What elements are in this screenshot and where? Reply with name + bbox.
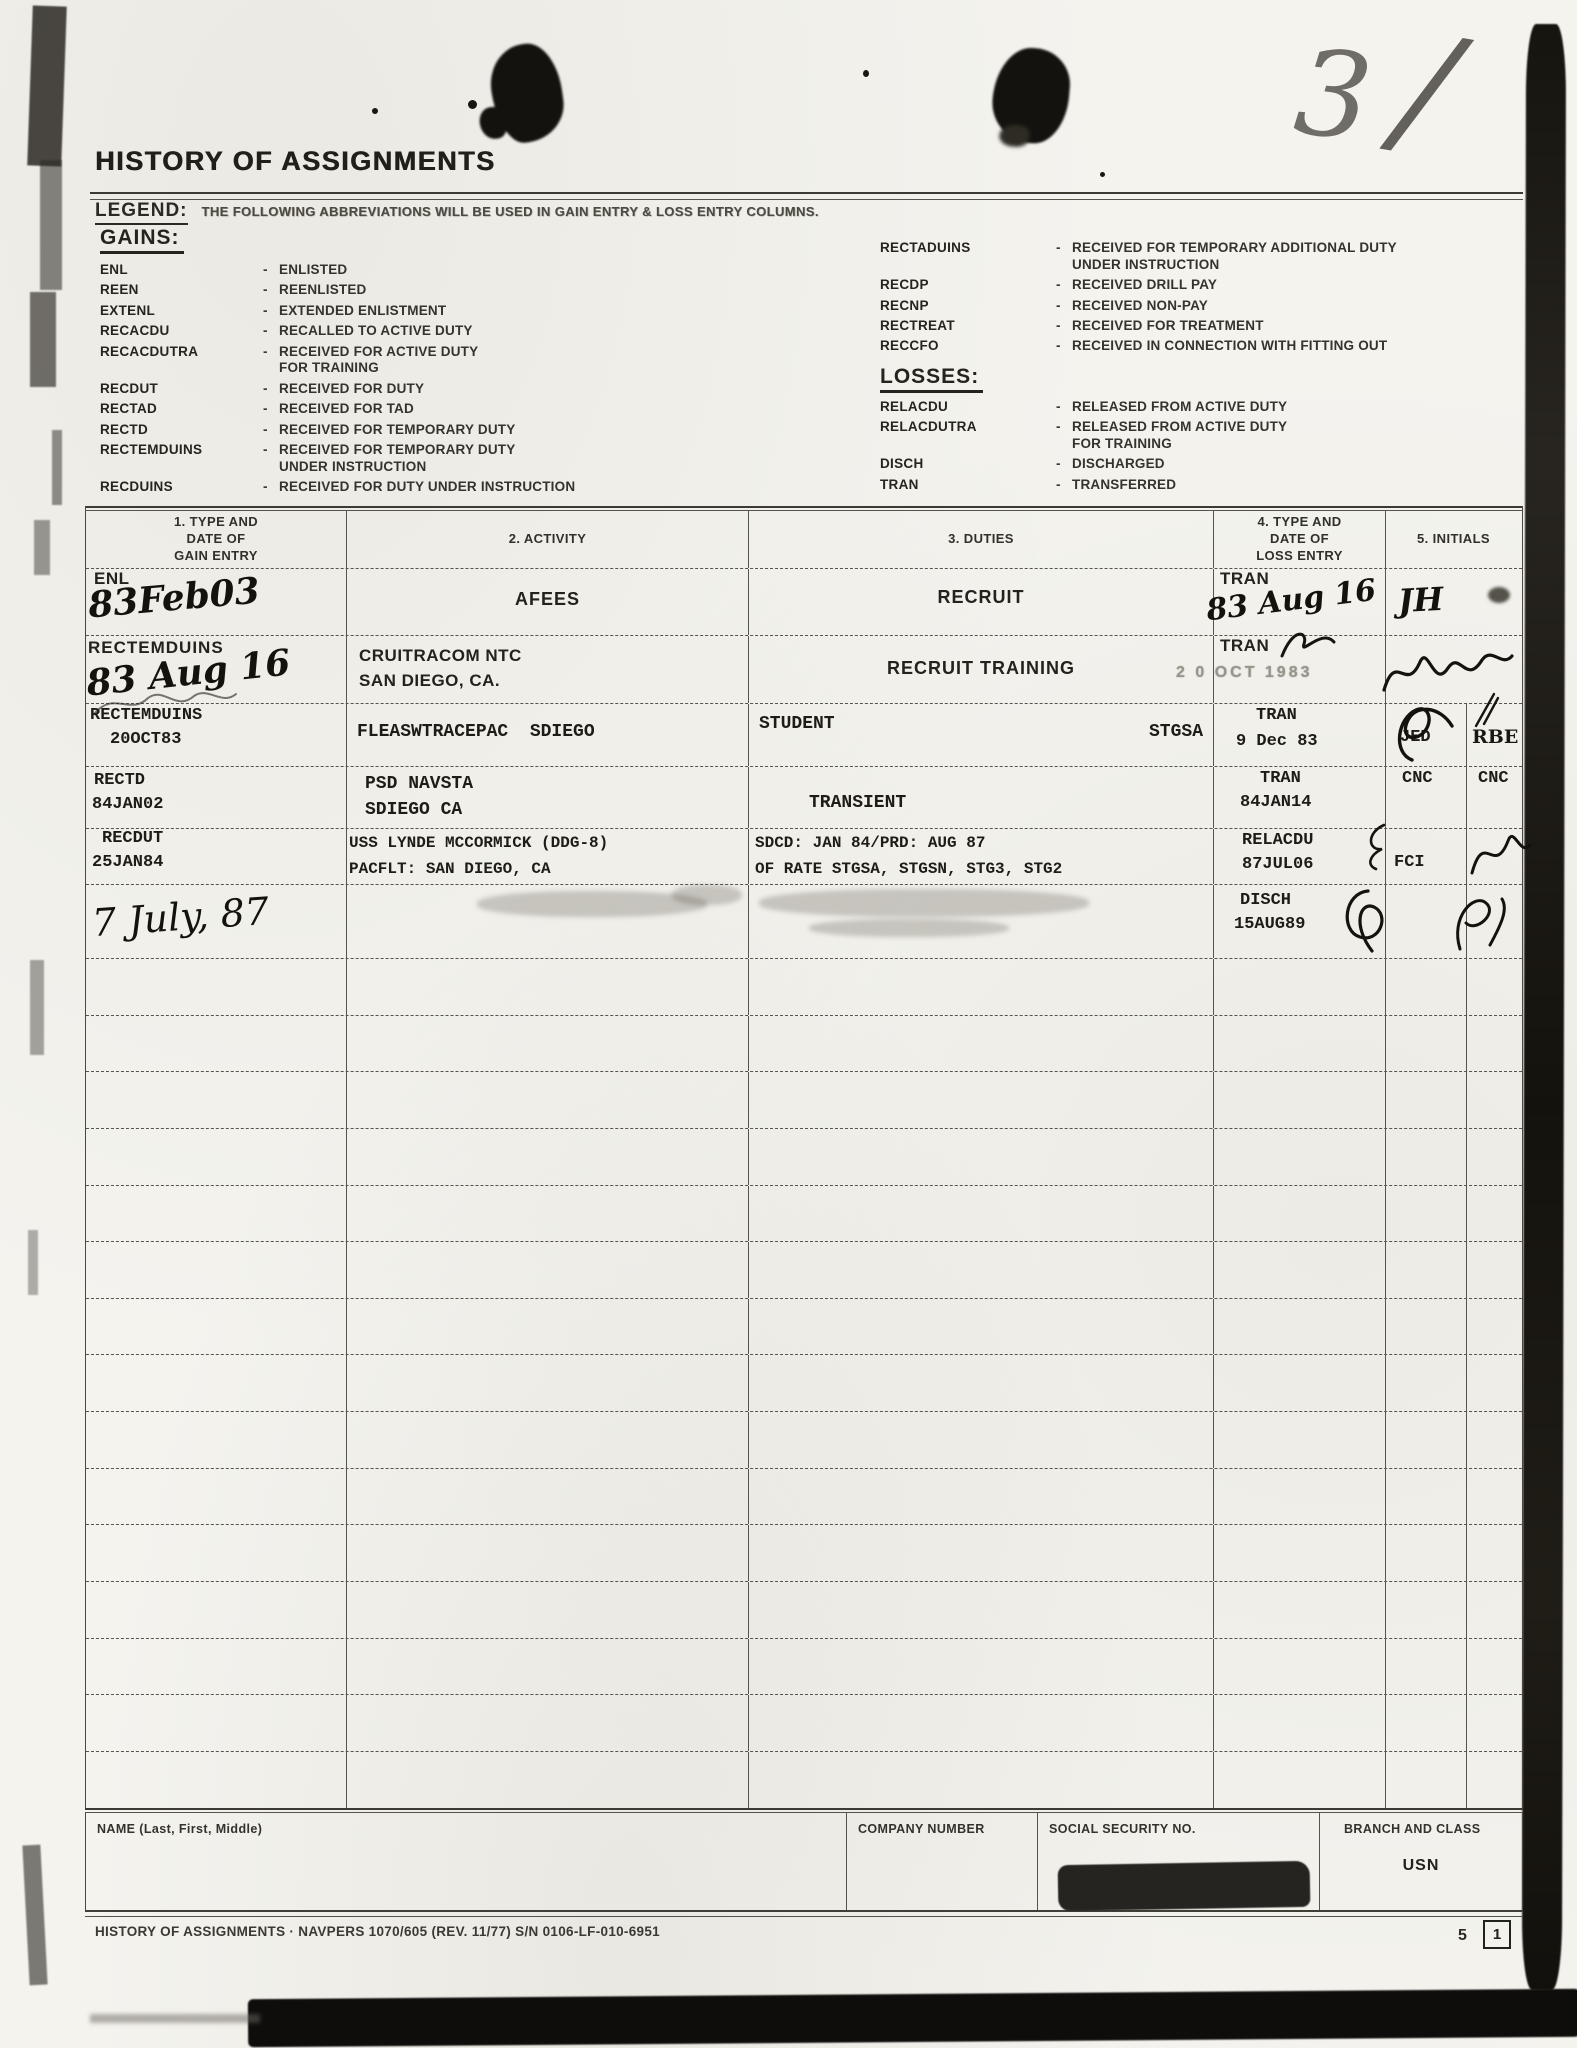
ink-dot [372, 108, 378, 114]
ink-dot [1488, 587, 1510, 603]
table-row: RECTD 84JAN02 PSD NAVSTA SDIEGO CA TRANS… [86, 767, 1522, 829]
gain-date: 20OCT83 [110, 730, 181, 749]
form-identifier: HISTORY OF ASSIGNMENTS · NAVPERS 1070/60… [95, 1924, 660, 1939]
legend-item: RECTADUINS-RECEIVED FOR TEMPORARY ADDITI… [880, 240, 1545, 274]
duties-rate: STGSA [1149, 722, 1203, 742]
table-row-empty [86, 1242, 1522, 1299]
cell-duties: RECRUIT [749, 569, 1214, 635]
gain-date: 25JAN84 [92, 853, 163, 872]
gain-type: RECTD [94, 771, 145, 790]
legend-item: RECTEMDUINS-RECEIVED FOR TEMPORARY DUTY … [100, 442, 750, 476]
cell-initials [1386, 885, 1521, 958]
signature-scribble [1468, 690, 1508, 730]
table-header-row: 1. TYPE AND DATE OF GAIN ENTRY 2. ACTIVI… [86, 511, 1522, 569]
cell-duties: RECRUIT TRAINING [749, 636, 1214, 703]
footer-rule [85, 1916, 1523, 1917]
initials-handwritten: JH [1397, 580, 1444, 620]
page-title: HISTORY OF ASSIGNMENTS [95, 146, 496, 177]
legend-item: RECTAD-RECEIVED FOR TAD [100, 401, 750, 418]
signature-scribble [1464, 823, 1534, 883]
loss-date: 87JUL06 [1242, 855, 1313, 874]
legend-item: RELACDU-RELEASED FROM ACTIVE DUTY [880, 399, 1545, 416]
ink-dot [468, 100, 477, 109]
title-rule [90, 192, 1523, 200]
ink-dot [863, 70, 869, 77]
duties-text: SDCD: JAN 84/PRD: AUG 87 OF RATE STGSA, … [755, 831, 1062, 882]
page-box-value: 1 [1493, 1926, 1501, 1943]
table-row-empty [86, 1299, 1522, 1356]
legend-item: EXTENL-EXTENDED ENLISTMENT [100, 303, 750, 320]
legend-item: ENL-ENLISTED [100, 262, 750, 279]
table-row-empty [86, 959, 1522, 1016]
gain-type: RECDUT [102, 829, 163, 848]
cell-duties: SDCD: JAN 84/PRD: AUG 87 OF RATE STGSA, … [749, 829, 1214, 884]
ssn-box: SOCIAL SECURITY NO. [1038, 1813, 1320, 1910]
legend-item: RECTD-RECEIVED FOR TEMPORARY DUTY [100, 422, 750, 439]
cell-gain: ENL 83Feb03 [86, 569, 347, 635]
loss-type: RELACDU [1242, 831, 1313, 850]
cell-activity: USS LYNDE MCCORMICK (DDG-8) PACFLT: SAN … [347, 829, 749, 884]
activity-text: CRUITRACOM NTC SAN DIEGO, CA. [359, 644, 522, 693]
activity-text: AFEES [347, 589, 748, 610]
table-row: 7 July, 87 DISCH 15AUG89 [86, 885, 1522, 959]
gains-heading: GAINS: [100, 226, 184, 254]
cell-initials: FCI [1386, 829, 1521, 884]
page-number-box: 1 [1483, 1920, 1511, 1949]
name-label: NAME (Last, First, Middle) [97, 1822, 262, 1836]
branch-class-label: BRANCH AND CLASS [1344, 1822, 1481, 1836]
cell-loss: TRAN 2 0 OCT 1983 [1214, 636, 1386, 703]
initials-right: CNC [1478, 769, 1509, 788]
table-row-empty [86, 1355, 1522, 1412]
table-row-empty [86, 1525, 1522, 1582]
table-row-empty [86, 1016, 1522, 1073]
loss-type: TRAN [1256, 706, 1297, 725]
cell-loss: TRAN 9 Dec 83 [1214, 704, 1386, 766]
header-gain-entry: 1. TYPE AND DATE OF GAIN ENTRY [86, 511, 347, 568]
table-row-empty [86, 1412, 1522, 1469]
cell-loss: RELACDU 87JUL06 [1214, 829, 1386, 884]
table-row-empty [86, 1639, 1522, 1696]
legend-text: THE FOLLOWING ABBREVIATIONS WILL BE USED… [202, 204, 819, 219]
gains-legend-right: RECTADUINS-RECEIVED FOR TEMPORARY ADDITI… [880, 240, 1545, 497]
identification-strip: NAME (Last, First, Middle) COMPANY NUMBE… [85, 1808, 1523, 1912]
scan-edge-band-bottom [248, 1989, 1577, 2047]
branch-class-value: USN [1320, 1857, 1522, 1875]
cell-initials: CNC CNC [1386, 767, 1521, 828]
gain-date: 84JAN02 [92, 795, 163, 814]
activity-text: USS LYNDE MCCORMICK (DDG-8) PACFLT: SAN … [349, 831, 608, 882]
header-initials: 5. INITIALS [1386, 511, 1521, 568]
cell-activity: PSD NAVSTA SDIEGO CA [347, 767, 749, 828]
ssn-redaction-bar [1058, 1861, 1311, 1911]
header-duties: 3. DUTIES [749, 511, 1214, 568]
handwritten-corner-mark: 3 [1289, 22, 1378, 167]
scan-smear [90, 2014, 260, 2023]
cell-duties: TRANSIENT [749, 767, 1214, 828]
handwritten-corner-mark: / [1387, 1, 1467, 181]
cell-initials: JH [1386, 569, 1521, 635]
legend-line: LEGEND: THE FOLLOWING ABBREVIATIONS WILL… [95, 200, 819, 225]
cell-activity [347, 885, 749, 958]
legend-item: TRAN-TRANSFERRED [880, 477, 1545, 494]
document-page: 3 / HISTORY OF ASSIGNMENTS LEGEND: THE F… [0, 0, 1577, 2048]
cell-gain: RECTEMDUINS 20OCT83 [86, 704, 347, 766]
cell-gain: RECTD 84JAN02 [86, 767, 347, 828]
assignments-table: 1. TYPE AND DATE OF GAIN ENTRY 2. ACTIVI… [85, 506, 1523, 1809]
activity-text: FLEASWTRACEPAC SDIEGO [357, 722, 595, 742]
table-row-empty [86, 1582, 1522, 1639]
company-number-label: COMPANY NUMBER [858, 1822, 985, 1836]
header-activity: 2. ACTIVITY [347, 511, 749, 568]
initials-left: CNC [1402, 769, 1433, 788]
table-row: RECDUT 25JAN84 USS LYNDE MCCORMICK (DDG-… [86, 829, 1522, 885]
ink-dot [1100, 172, 1105, 177]
gains-legend-left: GAINS: ENL-ENLISTED REEN-REENLISTED EXTE… [100, 226, 750, 500]
scan-edge-mark [52, 430, 62, 505]
legend-item: RECDUINS-RECEIVED FOR DUTY UNDER INSTRUC… [100, 479, 750, 496]
ink-blot [486, 40, 569, 147]
legend-item: RECACDU-RECALLED TO ACTIVE DUTY [100, 323, 750, 340]
scan-edge-mark [30, 960, 44, 1055]
losses-heading: LOSSES: [880, 365, 983, 393]
scan-edge-mark [40, 160, 62, 290]
table-row-empty [86, 1186, 1522, 1243]
duties-text: RECRUIT [749, 587, 1213, 608]
signature-scribble [1382, 696, 1462, 766]
branch-class-box: BRANCH AND CLASS USN [1320, 1813, 1522, 1910]
table-row-empty [86, 1129, 1522, 1186]
cell-duties: STUDENT STGSA [749, 704, 1214, 766]
legend-item: RECCFO-RECEIVED IN CONNECTION WITH FITTI… [880, 338, 1545, 355]
duties-text: STUDENT [759, 714, 835, 734]
legend-item: RECTREAT-RECEIVED FOR TREATMENT [880, 318, 1545, 335]
scan-edge-mark [30, 292, 56, 387]
cell-duties [749, 885, 1214, 958]
loss-date: 9 Dec 83 [1236, 732, 1318, 751]
cell-gain: 7 July, 87 [86, 885, 347, 958]
cell-loss: DISCH 15AUG89 [1214, 885, 1386, 958]
cell-activity: FLEASWTRACEPAC SDIEGO [347, 704, 749, 766]
handwriting-overlap [90, 686, 240, 722]
table-row-empty [86, 1752, 1522, 1809]
duties-text: RECRUIT TRAINING [749, 658, 1213, 679]
legend-label: LEGEND: [95, 200, 188, 225]
loss-type: TRAN [1220, 636, 1269, 656]
ssn-label: SOCIAL SECURITY NO. [1049, 1822, 1196, 1836]
signature-scribble [1446, 889, 1516, 955]
table-row-empty [86, 1469, 1522, 1526]
faint-stamp-smudge [809, 919, 1009, 937]
cell-activity: CRUITRACOM NTC SAN DIEGO, CA. [347, 636, 749, 703]
scan-edge-mark [28, 1230, 38, 1295]
gain-date-handwritten: 7 July, 87 [91, 889, 271, 945]
activity-text: PSD NAVSTA SDIEGO CA [365, 771, 473, 823]
cell-activity: AFEES [347, 569, 749, 635]
table-row: RECTEMDUINS 20OCT83 FLEASWTRACEPAC SDIEG… [86, 704, 1522, 767]
table-row-empty [86, 1072, 1522, 1129]
faint-stamp-smudge [672, 885, 742, 905]
scan-edge-mark [27, 5, 67, 166]
legend-item: RECDP-RECEIVED DRILL PAY [880, 277, 1545, 294]
loss-type: TRAN [1260, 769, 1301, 788]
loss-date: 84JAN14 [1240, 793, 1311, 812]
legend-item: RECDUT-RECEIVED FOR DUTY [100, 381, 750, 398]
signature-scribble [1274, 622, 1344, 662]
legend-item: RELACDUTRA-RELEASED FROM ACTIVE DUTY FOR… [880, 419, 1545, 453]
ink-blot [989, 45, 1073, 146]
scan-edge-mark [22, 1845, 47, 1986]
table-row-empty [86, 1695, 1522, 1752]
cell-gain: RECDUT 25JAN84 [86, 829, 347, 884]
loss-type: DISCH [1240, 891, 1291, 910]
legend-item: RECACDUTRA-RECEIVED FOR ACTIVE DUTY FOR … [100, 344, 750, 378]
faint-stamp-smudge [759, 889, 1089, 917]
initials-left: FCI [1394, 853, 1425, 872]
loss-date: 15AUG89 [1234, 915, 1305, 934]
legend-item: REEN-REENLISTED [100, 282, 750, 299]
header-loss-entry: 4. TYPE AND DATE OF LOSS ENTRY [1214, 511, 1386, 568]
cell-initials: JED RBE [1386, 704, 1521, 766]
scan-edge-mark [34, 520, 50, 575]
duties-text: TRANSIENT [809, 793, 906, 813]
table-row: RECTEMDUINS 83 Aug 16 CRUITRACOM NTC SAN… [86, 636, 1522, 704]
company-number-box: COMPANY NUMBER [847, 1813, 1038, 1910]
legend-item: DISCH-DISCHARGED [880, 456, 1545, 473]
name-box: NAME (Last, First, Middle) [86, 1813, 847, 1910]
legend-item: RECNP-RECEIVED NON-PAY [880, 298, 1545, 315]
cell-loss: TRAN 84JAN14 [1214, 767, 1386, 828]
page-number: 5 [1458, 1927, 1467, 1945]
loss-date-stamp: 2 0 OCT 1983 [1176, 664, 1313, 682]
